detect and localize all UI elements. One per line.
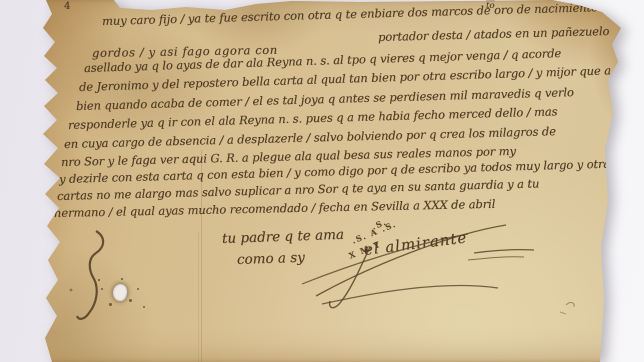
fold-crease-faint bbox=[198, 232, 199, 362]
letter-line: portador desta / atados en un pañezuelo bbox=[378, 26, 610, 44]
parchment-sheet: 4 to muy caro fijo / ya te fue escrito c… bbox=[0, 0, 644, 362]
signature-dash bbox=[474, 250, 534, 253]
ink-speckle bbox=[98, 279, 100, 281]
ink-speckle bbox=[129, 299, 132, 302]
ink-speckle bbox=[143, 306, 145, 308]
corner-mark: 4 bbox=[64, 1, 70, 12]
rubric-flourish bbox=[77, 231, 103, 319]
ink-speckle bbox=[101, 288, 103, 290]
manuscript-photo: 4 to muy caro fijo / ya te fue escrito c… bbox=[0, 0, 644, 362]
closing-line: como a sy bbox=[237, 252, 305, 268]
ink-speckle bbox=[121, 278, 123, 280]
signature-underline bbox=[322, 286, 498, 304]
closing-line: tu padre q te ama bbox=[222, 229, 344, 247]
parchment-hole bbox=[110, 282, 130, 304]
ink-dot bbox=[70, 289, 73, 292]
letter-line: hermano / el qual ayas mucho recomendado… bbox=[54, 199, 495, 220]
parchment-shadow-wrap: 4 to muy caro fijo / ya te fue escrito c… bbox=[0, 0, 644, 362]
ink-speckle bbox=[137, 288, 139, 290]
letter-line: muy caro fijo / ya te fue escrito con ot… bbox=[102, 0, 644, 27]
signature-dash bbox=[468, 257, 524, 260]
ink-mark bbox=[560, 312, 566, 314]
ink-mark bbox=[566, 303, 574, 307]
ink-speckle bbox=[109, 303, 112, 306]
